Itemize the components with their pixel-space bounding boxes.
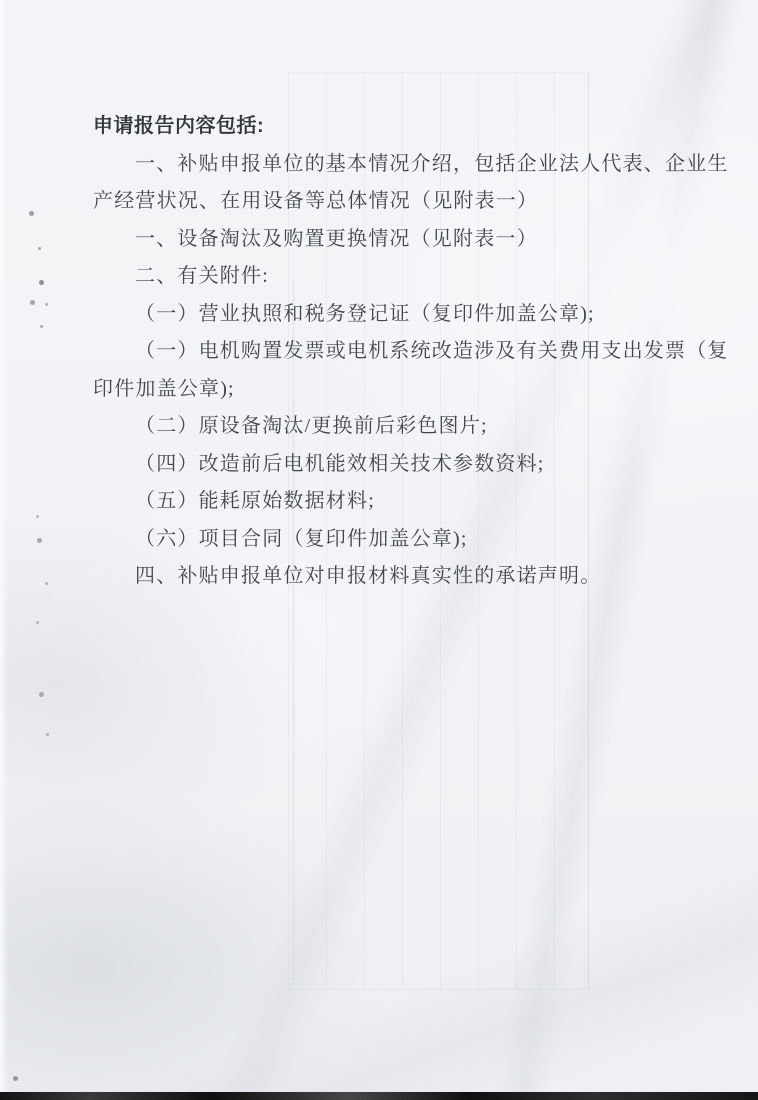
paragraph-line: 二、有关附件: xyxy=(93,258,715,296)
paragraph-line: 产经营状况、在用设备等总体情况（见附表一） xyxy=(93,183,715,221)
document-title: 申请报告内容包括: xyxy=(93,108,715,146)
scanner-bottom-edge xyxy=(0,1092,758,1100)
paragraph-line: 一、设备淘汰及购置更换情况（见附表一） xyxy=(93,221,715,259)
paragraph-line: 一、补贴申报单位的基本情况介绍，包括企业法人代表、企业生 xyxy=(93,146,715,184)
paragraph-line: （二）原设备淘汰/更换前后彩色图片; xyxy=(93,408,715,446)
paragraph-line: （五）能耗原始数据材料; xyxy=(93,483,715,521)
paragraph-line: 四、补贴申报单位对申报材料真实性的承诺声明。 xyxy=(93,558,715,596)
document-body: 申请报告内容包括: 一、补贴申报单位的基本情况介绍，包括企业法人代表、企业生 产… xyxy=(93,108,715,596)
paragraph-line: 印件加盖公章); xyxy=(93,371,715,409)
paragraph-line: （一）营业执照和税务登记证（复印件加盖公章); xyxy=(93,296,715,334)
paragraph-line: （六）项目合同（复印件加盖公章); xyxy=(93,521,715,559)
scan-speck-marks xyxy=(0,0,3,3)
paragraph-line: （一）电机购置发票或电机系统改造涉及有关费用支出发票（复 xyxy=(93,333,715,371)
paragraph-line: （四）改造前后电机能效相关技术参数资料; xyxy=(93,446,715,484)
scanned-document-page: 申请报告内容包括: 一、补贴申报单位的基本情况介绍，包括企业法人代表、企业生 产… xyxy=(0,0,758,1100)
